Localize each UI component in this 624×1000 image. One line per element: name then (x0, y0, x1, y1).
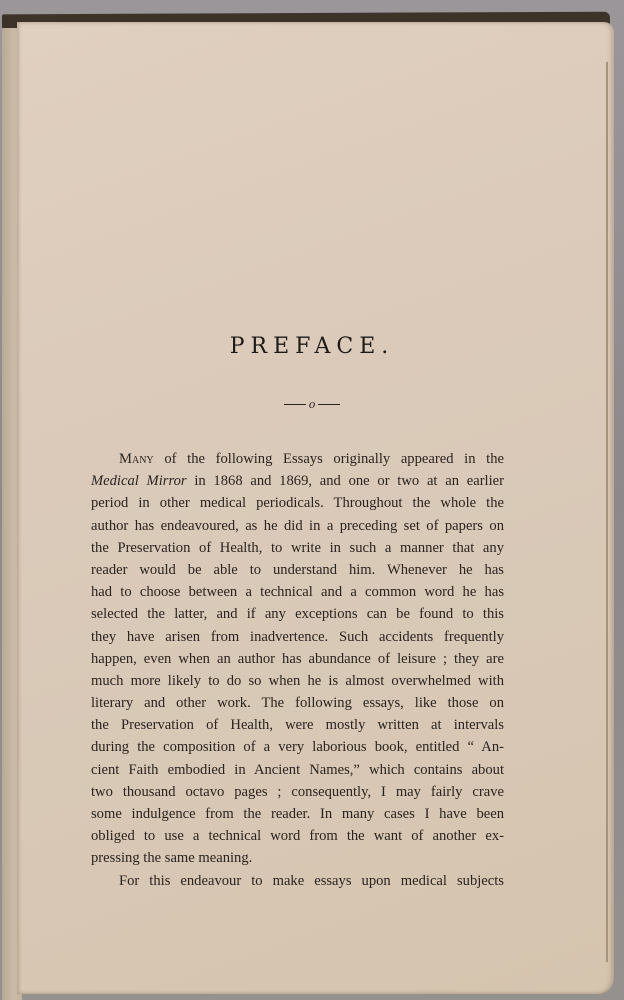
text-line: had to choose between a technical and a … (91, 581, 504, 603)
text-line: some indulgence from the reader. In many… (91, 803, 504, 825)
page-edge-line (606, 62, 608, 962)
text-line: cient Faith embodied in Ancient Names,” … (91, 759, 504, 781)
text-line: two thousand octavo pages ; consequently… (91, 781, 504, 803)
text-line: author has endeavoured, as he did in a p… (91, 515, 504, 537)
ornament-glyph: o (309, 398, 316, 411)
preface-body: Many of the following Essays originally … (91, 448, 504, 892)
text-line: the Preservation of Health, to write in … (91, 537, 504, 559)
text-line: obliged to use a technical word from the… (91, 825, 504, 847)
ornament-rule-right (318, 404, 340, 405)
text-line: during the composition of a very laborio… (91, 736, 504, 758)
text-line: literary and other work. The following e… (91, 692, 504, 714)
text-line: reader would be able to understand him. … (91, 559, 504, 581)
text-line: much more likely to do so when he is alm… (91, 670, 504, 692)
lead-word: Many (119, 451, 154, 467)
text-line: period in other medical periodicals. Thr… (91, 492, 504, 514)
text-line: Medical Mirror in 1868 and 1869, and one… (91, 470, 504, 492)
text-line: pressing the same meaning. (91, 847, 504, 869)
ornament-rule-left (284, 404, 306, 405)
text-line: selected the latter, and if any exceptio… (91, 603, 504, 625)
publication-title: Medical Mirror (91, 473, 187, 489)
title-ornament: o (0, 397, 624, 411)
text-line: the Preservation of Health, were mostly … (91, 714, 504, 736)
text-line: they have arisen from inadvertence. Such… (91, 626, 504, 648)
text-line: For this endeavour to make essays upon m… (91, 870, 504, 892)
page-title: PREFACE. (0, 334, 624, 359)
text-line: Many of the following Essays originally … (91, 448, 504, 470)
text-line: happen, even when an author has abundanc… (91, 648, 504, 670)
